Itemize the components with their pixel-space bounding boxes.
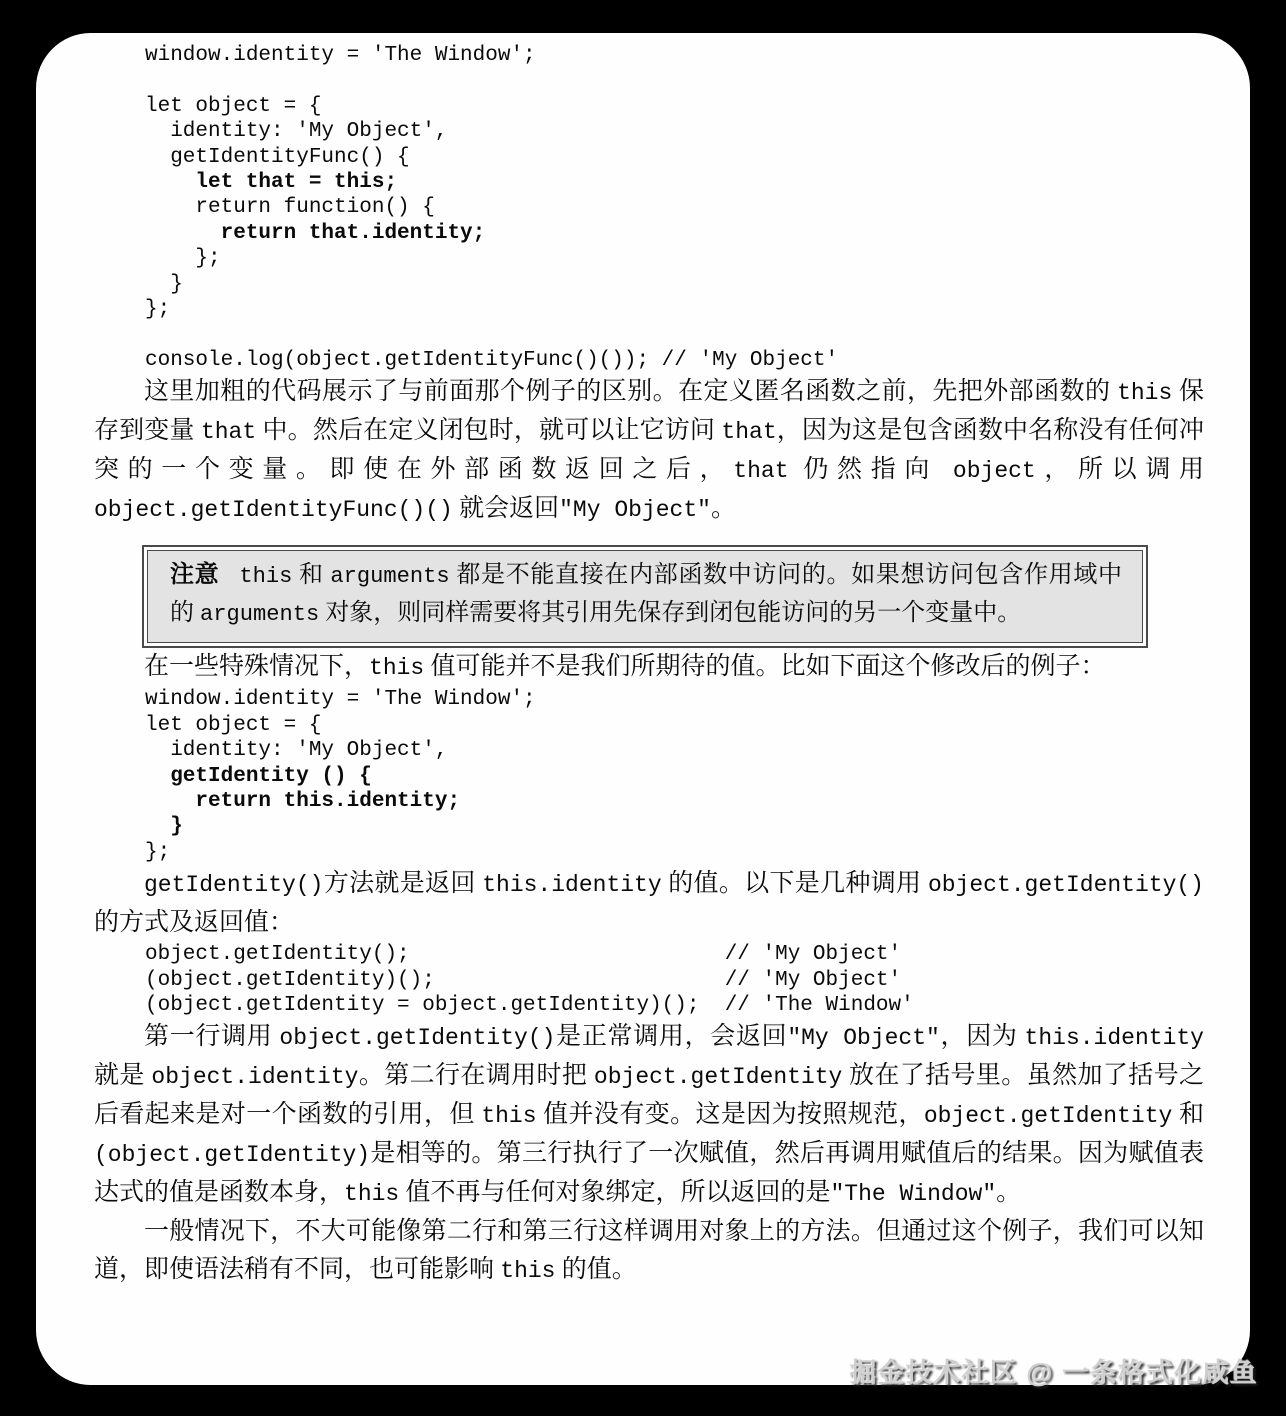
- code-line: let object = {: [145, 713, 1204, 738]
- text-run: 中。然后在定义闭包时，就可以让它访问: [256, 417, 721, 444]
- text-run: 。: [711, 495, 736, 522]
- text-run: 方法就是返回: [323, 870, 482, 897]
- note-label: 注意: [170, 562, 219, 588]
- inline-code: object.getIdentity(): [279, 1025, 555, 1051]
- code-line: };: [145, 246, 1204, 271]
- inline-code: "My Object": [559, 497, 711, 523]
- paragraph-conclusion: 一般情况下，不大可能像第二行和第三行这样调用对象上的方法。但通过这个例子，我们可…: [94, 1213, 1204, 1290]
- watermark: 掘金技术社区 @ 一条格式化咸鱼: [850, 1351, 1258, 1390]
- paragraph-closure-explanation: 这里加粗的代码展示了与前面那个例子的区别。在定义匿名函数之前，先把外部函数的 t…: [94, 373, 1204, 529]
- code-block-closure-that-example: window.identity = 'The Window'; let obje…: [145, 43, 1204, 373]
- inline-code: this.identity: [1025, 1025, 1204, 1051]
- note-text: this 和 arguments 都是不能直接在内部函数中访问的。如果想访问包含…: [170, 562, 1122, 626]
- text-run: 这里加粗的代码展示了与前面那个例子的区别。在定义匿名函数之前，先把外部函数的: [144, 378, 1117, 405]
- code-line: window.identity = 'The Window';: [145, 43, 1204, 68]
- code-line: return that.identity;: [145, 221, 1204, 246]
- code-line: object.getIdentity(); // 'My Object': [145, 942, 1204, 967]
- inline-code: that: [733, 458, 788, 484]
- inline-code: "My Object": [787, 1025, 940, 1051]
- code-line: let that = this;: [145, 170, 1204, 195]
- inline-code: object.getIdentity: [594, 1064, 842, 1090]
- text-run: 就是: [94, 1062, 151, 1089]
- text-run: 和: [1172, 1101, 1204, 1128]
- inline-code: this.identity: [482, 872, 661, 898]
- screenshot-root: { "page": { "watermark": "掘金技术社区 @ 一条格式化…: [0, 0, 1286, 1416]
- inline-code: object.getIdentity: [924, 1103, 1172, 1129]
- note-box-inner: 注意this 和 arguments 都是不能直接在内部函数中访问的。如果想访问…: [147, 550, 1143, 643]
- text-run: 和: [292, 562, 330, 588]
- code-line: return function() {: [145, 195, 1204, 220]
- text-run: 值不再与任何对象绑定，所以返回的是: [399, 1179, 830, 1206]
- code-line: }: [145, 814, 1204, 839]
- code-line: identity: 'My Object',: [145, 119, 1204, 144]
- text-run: 对象，则同样需要将其引用先保存到闭包能访问的另一个变量中。: [319, 600, 1021, 626]
- code-line: let object = {: [145, 94, 1204, 119]
- code-line: getIdentity () {: [145, 764, 1204, 789]
- text-run: 就会返回: [453, 495, 559, 522]
- text-run: 是正常调用，会返回: [555, 1023, 787, 1050]
- inline-code: this: [369, 655, 424, 681]
- code-line: return this.identity;: [145, 789, 1204, 814]
- code-line: window.identity = 'The Window';: [145, 687, 1204, 712]
- text-run: ，所以调用: [1036, 456, 1204, 483]
- text-run: 值并没有变。这是因为按照规范，: [537, 1101, 924, 1128]
- paragraph-getidentity-explanation: getIdentity()方法就是返回 this.identity 的值。以下是…: [94, 865, 1204, 942]
- text-run: 。: [996, 1179, 1021, 1206]
- text-run: 第一行调用: [144, 1023, 279, 1050]
- text-run: ，因为: [940, 1023, 1025, 1050]
- code-line: console.log(object.getIdentityFunc()());…: [145, 348, 1204, 373]
- inline-code: (object.getIdentity): [94, 1142, 370, 1168]
- inline-code: that: [201, 419, 256, 445]
- inline-code: this: [481, 1103, 536, 1129]
- paragraph-call-variants-explanation: 第一行调用 object.getIdentity()是正常调用，会返回"My O…: [94, 1018, 1204, 1213]
- note-box: 注意this 和 arguments 都是不能直接在内部函数中访问的。如果想访问…: [142, 545, 1148, 648]
- text-run: 一般情况下，不大可能像第二行和第三行这样调用对象上的方法。但通过这个例子，我们可…: [94, 1218, 1204, 1283]
- text-run: 的方式及返回值：: [94, 909, 294, 936]
- text-run: 的值。以下是几种调用: [662, 870, 928, 897]
- code-line: };: [145, 840, 1204, 865]
- inline-code: "The Window": [831, 1181, 997, 1207]
- text-run: 值可能并不是我们所期待的值。比如下面这个修改后的例子：: [424, 653, 1105, 680]
- inline-code: that: [721, 419, 776, 445]
- code-block-call-variants: object.getIdentity(); // 'My Object'(obj…: [145, 942, 1204, 1018]
- code-line: [145, 68, 1204, 93]
- inline-code: this: [500, 1258, 555, 1284]
- code-line: (object.getIdentity = object.getIdentity…: [145, 993, 1204, 1018]
- inline-code: object.getIdentity(): [928, 872, 1204, 898]
- text-run: 在一些特殊情况下，: [144, 653, 369, 680]
- text-run: 。第二行在调用时把: [358, 1062, 593, 1089]
- code-block-getidentity-example: window.identity = 'The Window';let objec…: [145, 687, 1204, 865]
- inline-code: arguments: [330, 564, 449, 589]
- book-page: window.identity = 'The Window'; let obje…: [36, 33, 1250, 1385]
- inline-code: getIdentity(): [144, 872, 323, 898]
- inline-code: object.identity: [151, 1064, 358, 1090]
- inline-code: this: [1117, 380, 1172, 406]
- paragraph-special-cases-intro: 在一些特殊情况下，this 值可能并不是我们所期待的值。比如下面这个修改后的例子…: [94, 648, 1204, 687]
- code-line: [145, 322, 1204, 347]
- code-line: };: [145, 297, 1204, 322]
- text-run: 的值。: [555, 1256, 636, 1283]
- text-run: 仍然指向: [789, 456, 953, 483]
- inline-code: this: [239, 564, 292, 589]
- code-line: (object.getIdentity)(); // 'My Object': [145, 968, 1204, 993]
- inline-code: arguments: [200, 602, 319, 627]
- inline-code: object: [953, 458, 1036, 484]
- code-line: }: [145, 272, 1204, 297]
- code-line: identity: 'My Object',: [145, 738, 1204, 763]
- inline-code: this: [344, 1181, 399, 1207]
- code-line: getIdentityFunc() {: [145, 145, 1204, 170]
- inline-code: object.getIdentityFunc()(): [94, 497, 453, 523]
